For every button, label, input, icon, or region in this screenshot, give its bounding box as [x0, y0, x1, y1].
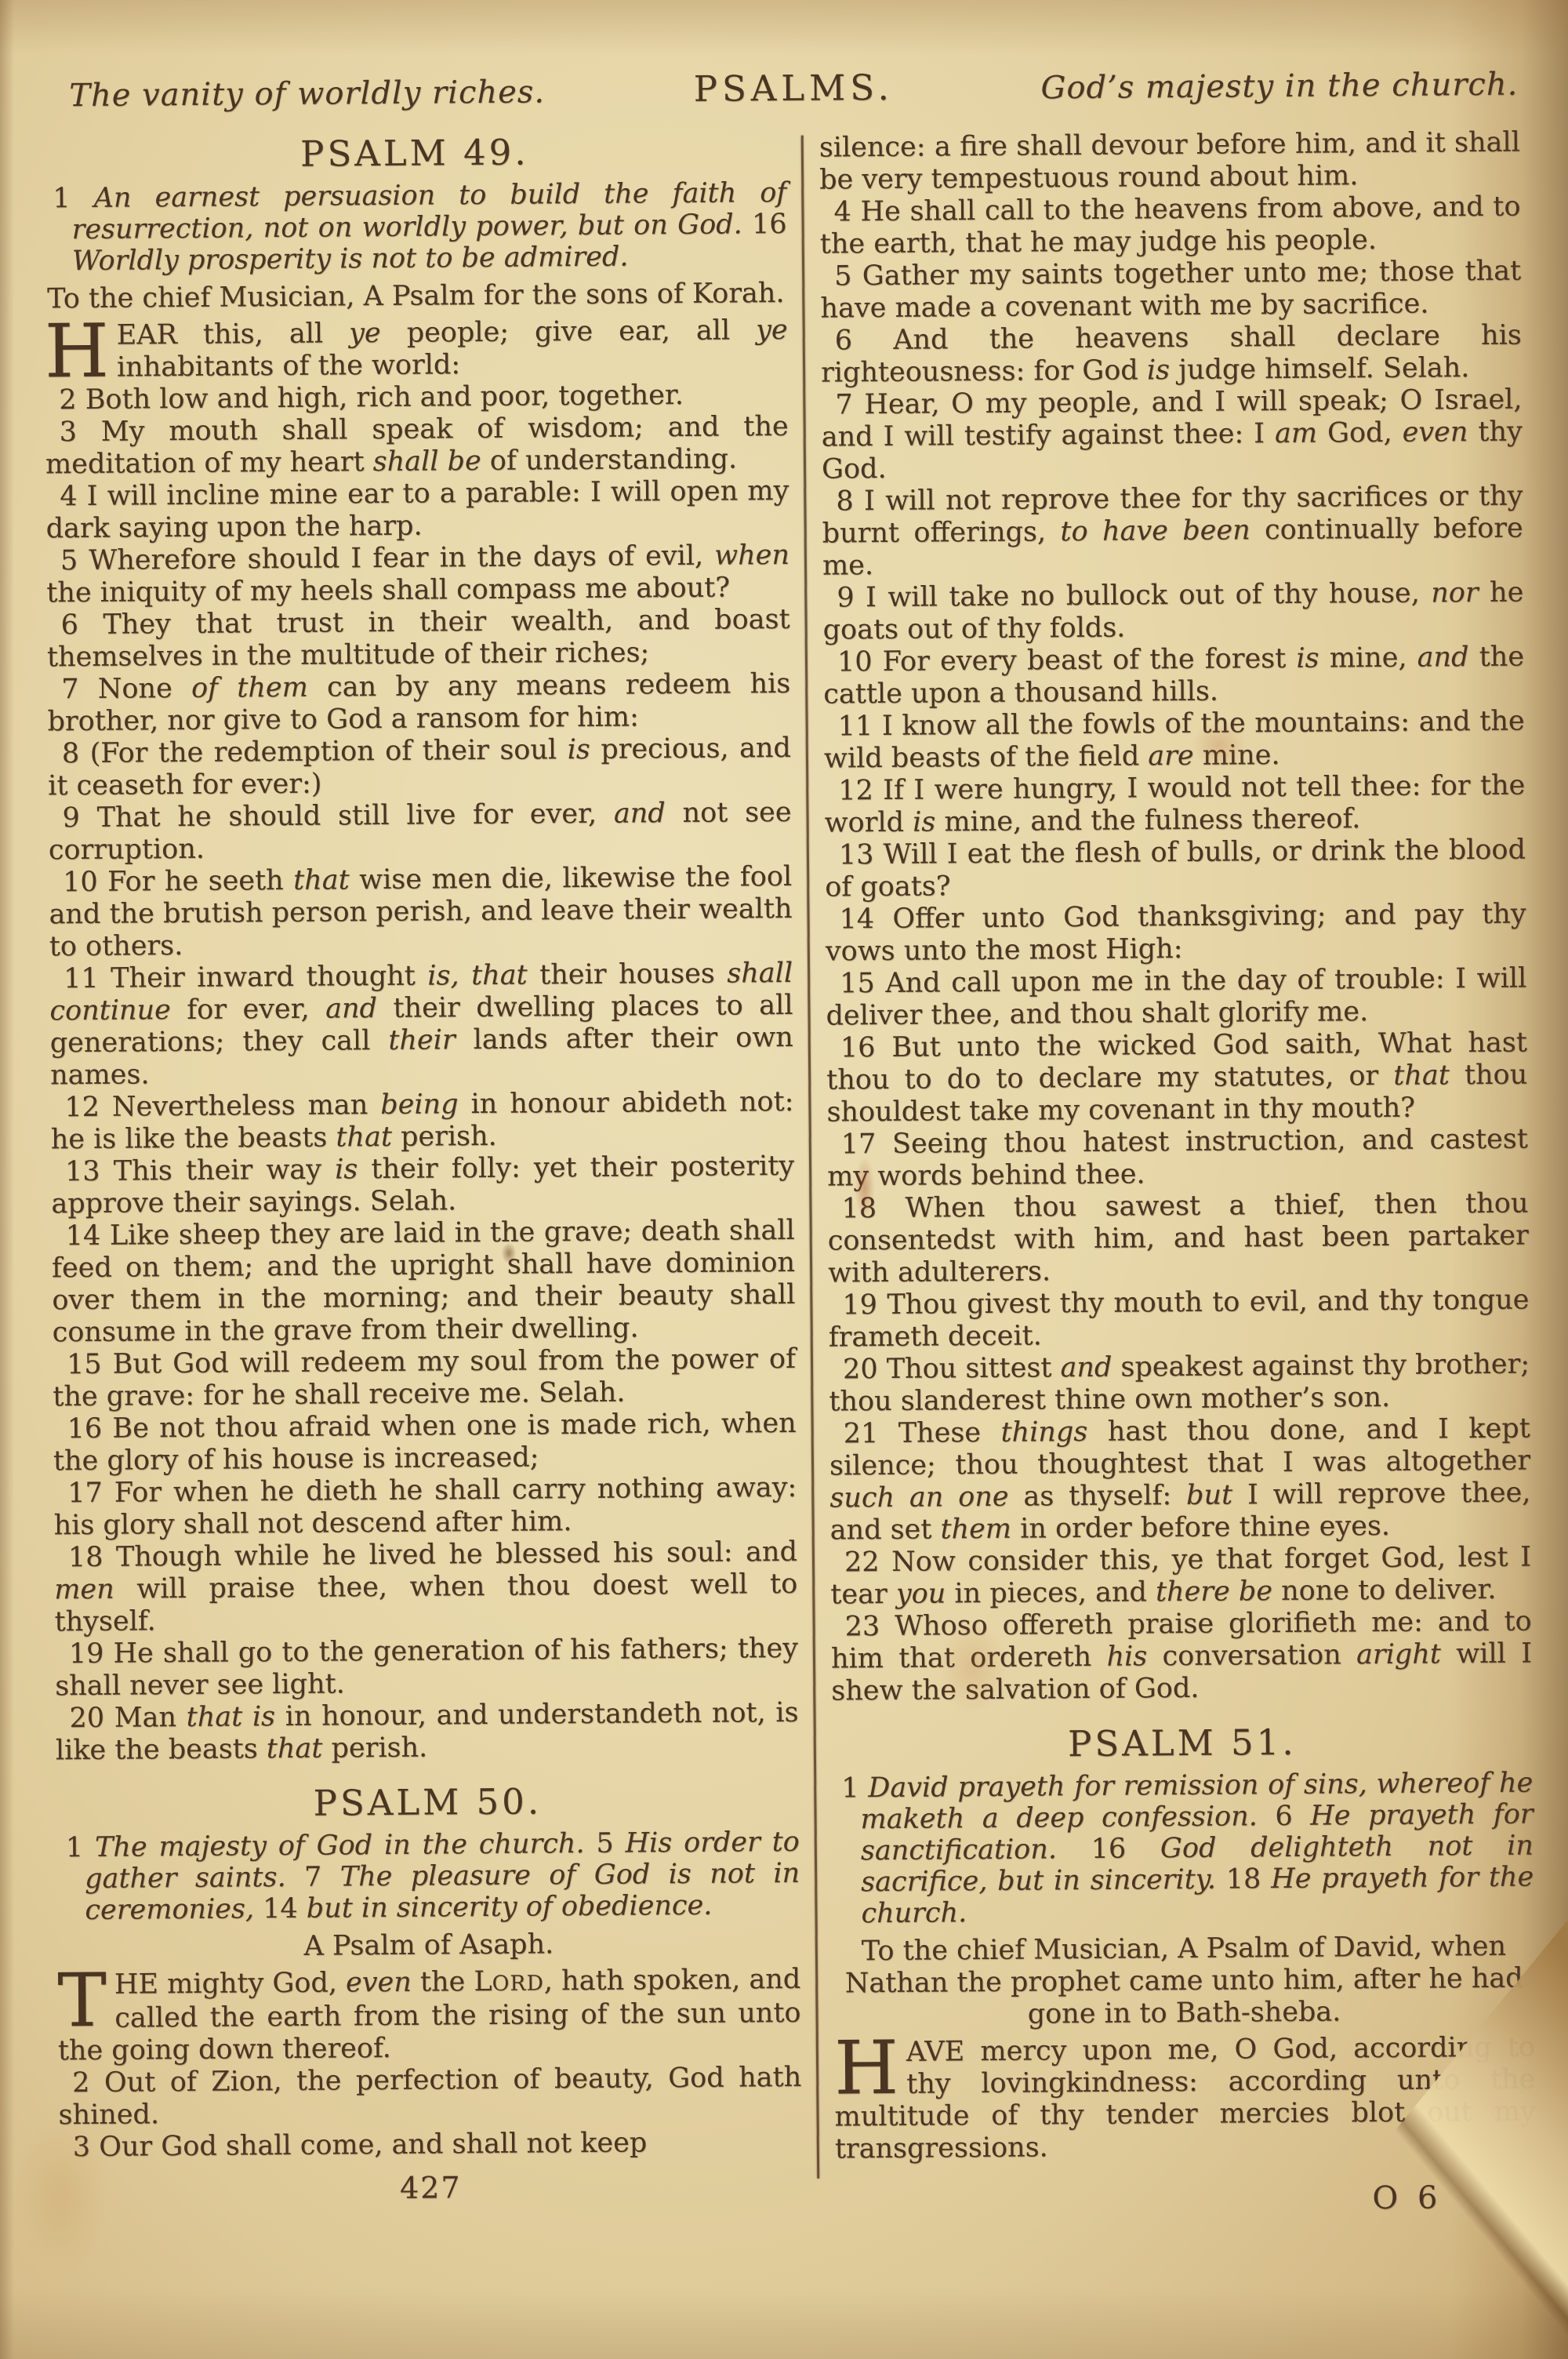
italic-run: their [388, 1024, 456, 1056]
italic-run: and [1417, 642, 1468, 674]
text-run: 17 Seeing thou hatest instruction, and c… [827, 1124, 1528, 1193]
text-run: 11 Their inward thought [64, 961, 427, 995]
text-run: 16 Be not thou afraid when one is made r… [53, 1408, 797, 1477]
text-run: 10 For every beast of the forest [837, 643, 1297, 678]
page-sheet: The vanity of worldly riches. PSALMS. Go… [0, 0, 1568, 2359]
verse: 2 Out of Zion, the perfection of beauty,… [58, 2062, 802, 2132]
verse: 9 I will take no bullock out of thy hous… [822, 577, 1524, 647]
verse: 6 And the heavens shall declare his righ… [821, 320, 1523, 390]
text-run: the iniquity of my heels shall compass m… [46, 572, 730, 609]
italic-run: such an one [829, 1481, 1008, 1514]
text-run: 6 They that trust in their wealth, and b… [47, 604, 790, 673]
psalm-inscription: A Psalm of Asaph. [57, 1927, 800, 1965]
italic-run: and [614, 798, 666, 830]
text-run: mine, [1319, 642, 1417, 674]
verse: 14 Offer unto God thanksgiving; and pay … [825, 899, 1526, 969]
italic-run: men [54, 1574, 114, 1606]
text-run: 21 These [844, 1417, 1001, 1450]
text-run: 4 I will incline mine ear to a parable: … [45, 475, 789, 544]
drop-cap-verse: THE mighty God, even the LORD, hath spok… [57, 1964, 801, 2067]
text-run: 20 Man [69, 1702, 186, 1734]
text-run: of understanding. [481, 443, 738, 477]
text-run: 7 None [61, 673, 191, 705]
verse: 6 They that trust in their wealth, and b… [46, 604, 790, 674]
italic-run: but in sincerity of obedience. [307, 1890, 713, 1925]
running-head: The vanity of worldly riches. PSALMS. Go… [69, 62, 1518, 115]
italic-run: ye [349, 318, 381, 349]
verse: 3 Our God shall come, and shall not keep [59, 2126, 802, 2164]
verse: 5 Wherefore should I fear in the days of… [46, 540, 790, 609]
verse: 21 These things hast thou done, and I ke… [829, 1413, 1531, 1547]
text-run: To the chief Musician, A Psalm of David,… [845, 1931, 1523, 2030]
verse: 4 He shall call to the heavens from abov… [819, 191, 1521, 261]
text-run: mine, and the fulness thereof. [935, 803, 1360, 838]
text-run: To the chief Musician, A Psalm for the s… [47, 278, 785, 314]
text-run: 1 [66, 1832, 95, 1863]
italic-run: is [335, 1154, 358, 1185]
text-run: 10 For he seeth [63, 865, 293, 898]
drop-cap-letter: T [57, 1969, 114, 2031]
signature-mark: O 6 [835, 2179, 1536, 2221]
italic-run: when [714, 540, 789, 572]
text-run: 13 This their way [65, 1154, 335, 1188]
text-run: 6 [1275, 1801, 1310, 1832]
verse: 4 I will incline mine ear to a parable: … [45, 475, 789, 545]
text-run: 16 [1091, 1833, 1161, 1865]
drop-cap-verse: HEAR this, all ye people; give ear, all … [45, 314, 789, 384]
text-run: 9 I will take no bullock out of thy hous… [837, 578, 1431, 614]
text-run: 16 [752, 209, 787, 240]
italic-run: that [293, 864, 350, 896]
verse: 17 For when he dieth he shall carry noth… [53, 1472, 797, 1542]
italic-run: but [1186, 1480, 1232, 1511]
text-run: silence: a fire shall devour before him,… [819, 127, 1520, 196]
left-column-body: PSALM 49.1 An earnest persuasion to buil… [43, 134, 802, 2164]
psalm-heading: PSALM 49. [43, 134, 786, 172]
text-run: 5 Wherefore should I fear in the days of… [60, 540, 715, 577]
drop-cap-letter: H [45, 320, 118, 382]
text-run: for ever, [171, 994, 326, 1027]
text-run: perish. [322, 1732, 427, 1765]
verse: 20 Man that is in honour, and understand… [55, 1697, 799, 1767]
text-run: 1 [53, 183, 94, 214]
verse: 19 He shall go to the generation of his … [55, 1633, 799, 1703]
text-run: their houses [528, 958, 728, 991]
italic-run: that [1393, 1060, 1450, 1092]
small-caps-run: ORD [492, 1971, 544, 1996]
text-run: 17 For when he dieth he shall carry noth… [53, 1472, 797, 1541]
verse: 11 I know all the fowls of the mountains… [823, 706, 1525, 776]
verse: 13 Will I eat the flesh of bulls, or dri… [825, 834, 1526, 904]
psalm-heading: PSALM 50. [56, 1783, 799, 1821]
italic-run: An earnest persuasion to build the faith… [71, 177, 786, 245]
italic-run: to have been [1060, 514, 1250, 547]
psalm-argument: 1 David prayeth for remission of sins, w… [832, 1768, 1534, 1930]
verse: 8 I will not reprove thee for thy sacrif… [822, 481, 1523, 583]
text-run: none to deliver. [1272, 1574, 1497, 1607]
italic-run: his [1106, 1641, 1147, 1672]
text-run: mine. [1193, 740, 1279, 772]
italic-run: them [940, 1514, 1011, 1546]
text-run: perish. [392, 1121, 497, 1153]
bible-page: The vanity of worldly riches. PSALMS. Go… [0, 0, 1568, 2359]
italic-run: shall be [373, 445, 481, 478]
running-head-title: PSALMS. [694, 67, 895, 110]
verse: 15 And call upon me in the day of troubl… [826, 963, 1527, 1033]
text-run: A Psalm of Asaph. [303, 1928, 554, 1962]
verse: 5 Gather my saints together unto me; tho… [820, 256, 1522, 325]
text-run: 4 He shall call to the heavens from abov… [820, 191, 1521, 260]
running-head-left: The vanity of worldly riches. [69, 73, 694, 114]
italic-run: being [380, 1089, 459, 1121]
italic-run: aright [1356, 1638, 1441, 1670]
verse: 16 Be not thou afraid when one is made r… [53, 1408, 797, 1478]
text-run: 15 And call upon me in the day of troubl… [826, 963, 1526, 1032]
drop-cap-verse: HAVE mercy upon me, O God, according to … [834, 2032, 1536, 2166]
italic-run: is [567, 734, 590, 765]
italic-run: The majesty of God in the church. [95, 1828, 597, 1863]
text-run: 8 (For the redemption of their soul [62, 734, 568, 769]
verse: 23 Whoso offereth praise glorifieth me: … [831, 1606, 1533, 1708]
psalm-inscription: To the chief Musician, A Psalm of David,… [833, 1931, 1535, 2033]
text-run: 14 Like sheep they are laid in the grave… [52, 1215, 796, 1348]
italic-run: nor [1431, 577, 1479, 609]
psalm-inscription: To the chief Musician, A Psalm for the s… [44, 278, 787, 315]
right-column: silence: a fire shall devour before him,… [819, 127, 1537, 2221]
text-run: 7 [304, 1861, 340, 1892]
italic-run: that is [187, 1701, 276, 1733]
italic-run: and [325, 993, 377, 1025]
text-run: 19 He shall go to the generation of his … [55, 1633, 798, 1702]
text-run: in order before thine eyes. [1011, 1510, 1390, 1545]
text-run: will praise thee, when thou doest well t… [54, 1568, 797, 1637]
italic-run: of them [191, 672, 308, 704]
italic-run: things [1000, 1416, 1087, 1448]
verse: 7 Hear, O my people, and I will speak; O… [821, 384, 1523, 486]
verse: 18 When thou sawest a thief, then thou c… [827, 1188, 1529, 1290]
verse: 12 If I were hungry, I would not tell th… [824, 770, 1526, 840]
verse: 12 Nevertheless man being in honour abid… [50, 1086, 794, 1156]
italic-run: ye [756, 314, 788, 346]
italic-run: even [1402, 416, 1468, 449]
text-run: 9 That he should still live for ever, [62, 798, 614, 834]
text-run: 5 Gather my saints together unto me; tho… [820, 256, 1521, 325]
text-run: 18 When thou sawest a thief, then thou c… [828, 1188, 1529, 1289]
text-run: 1 [841, 1772, 868, 1804]
text-run: HE mighty God, [114, 1967, 346, 2000]
text-run: AVE mercy upon me, O God, according to t… [834, 2032, 1535, 2165]
verse: 19 Thou givest thy mouth to evil, and th… [828, 1285, 1530, 1354]
text-run: 13 Will I eat the flesh of bulls, or dri… [825, 834, 1526, 903]
italic-run: that [336, 1121, 392, 1154]
running-head-right: God’s majesty in the church. [894, 67, 1519, 107]
text-run: inhabitants of the world: [117, 349, 460, 383]
italic-run: is, that [427, 960, 528, 992]
verse: 18 Though while he lived he blessed his … [54, 1536, 798, 1638]
psalm-argument: 1 An earnest persuasion to build the fai… [43, 177, 787, 277]
text-run: judge himself. Selah. [1170, 352, 1470, 386]
italic-run: am [1275, 418, 1317, 449]
text-run: 14 [263, 1893, 307, 1925]
text-run: in pieces, and [946, 1576, 1156, 1609]
text-run: 18 Though while he lived he blessed his … [68, 1536, 797, 1573]
small-caps-run: L [474, 1966, 492, 1997]
text-run: 15 But God will redeem my soul from the … [53, 1343, 796, 1412]
text-run: 5 [596, 1828, 625, 1859]
verse: 16 But unto the wicked God saith, What h… [826, 1027, 1528, 1129]
verse: 17 Seeing thou hatest instruction, and c… [827, 1124, 1529, 1194]
italic-run: there be [1156, 1576, 1272, 1608]
verse: 3 My mouth shall speak of wisdom; and th… [45, 411, 789, 481]
verse: 9 That he should still live for ever, an… [48, 797, 792, 867]
italic-run: is [913, 806, 935, 838]
italic-run: Worldly prosperity is not to be admired. [72, 242, 629, 278]
verse: 11 Their inward thought is, that their h… [49, 958, 793, 1092]
italic-run: that [267, 1733, 323, 1765]
text-run: 3 Our God shall come, and shall not keep [73, 2127, 648, 2163]
verse: 14 Like sheep they are laid in the grave… [52, 1215, 796, 1349]
verse: 7 None of them can by any means redeem h… [47, 668, 791, 738]
verse: 10 For he seeth that wise men die, likew… [49, 861, 793, 963]
verse: 15 But God will redeem my soul from the … [53, 1343, 797, 1413]
italic-run: are [1148, 740, 1194, 772]
text-run: EAR this, all [117, 318, 350, 351]
italic-run: is [1147, 354, 1170, 386]
page-number: 427 [59, 2168, 802, 2208]
verse: 13 This their way is their folly: yet th… [51, 1150, 795, 1220]
text-run: God, [1317, 417, 1403, 449]
left-column: PSALM 49.1 An earnest persuasion to buil… [43, 133, 803, 2226]
verse: 20 Thou sittest and speakest against thy… [829, 1349, 1530, 1419]
verse: 22 Now consider this, ye that forget God… [830, 1542, 1532, 1612]
psalm-argument: 1 The majesty of God in the church. 5 Hi… [56, 1826, 800, 1926]
text-run: 12 Nevertheless man [64, 1089, 380, 1123]
text-run: the [412, 1966, 474, 1998]
text-run: as thyself: [1008, 1480, 1186, 1513]
italic-run: even [346, 1967, 412, 1999]
italic-run: is [1296, 643, 1319, 674]
text-run: 18 [1226, 1863, 1272, 1895]
drop-cap-letter: H [834, 2037, 907, 2099]
text-run: people; give ear, all [381, 314, 757, 349]
verse: 8 (For the redemption of their soul is p… [48, 732, 792, 802]
text-run: 14 Offer unto God thanksgiving; and pay … [826, 899, 1526, 968]
text-run: 20 Thou sittest [843, 1352, 1061, 1385]
text-run: conversation [1147, 1639, 1356, 1672]
italic-run: you [896, 1578, 946, 1609]
right-column-body: silence: a fire shall devour before him,… [819, 127, 1536, 2166]
verse: 10 For every beast of the forest is mine… [823, 642, 1525, 711]
text-run: 2 Both low and high, rich and poor, toge… [59, 380, 684, 416]
text-columns: PSALM 49.1 An earnest persuasion to buil… [43, 127, 1540, 2227]
psalm-heading: PSALM 51. [832, 1725, 1533, 1762]
italic-run: and [1060, 1352, 1112, 1384]
verse-continuation: silence: a fire shall devour before him,… [819, 127, 1521, 197]
text-run: 2 Out of Zion, the perfection of beauty,… [58, 2062, 801, 2131]
text-run: 19 Thou givest thy mouth to evil, and th… [829, 1285, 1530, 1354]
